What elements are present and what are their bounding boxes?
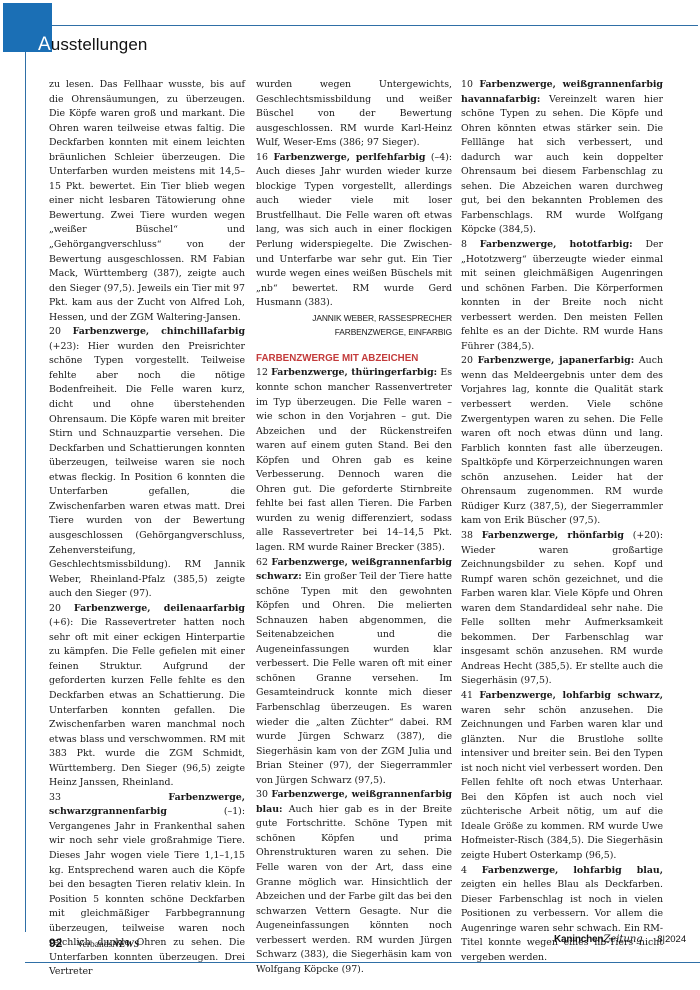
entry-count: 10 <box>461 79 473 90</box>
entry-text: Ein großer Teil der Tiere hatte schöne T… <box>256 571 452 786</box>
breed-entry: 4 Farbenzwerge, lohfarbig blau, zeigten … <box>461 864 663 966</box>
entry-title: Farbenzwerge, japanerfarbig: <box>478 355 635 366</box>
entry-title: Farbenzwerge, lohfarbig blau, <box>482 865 663 876</box>
breed-entry: 20 Farbenzwerge, japanerfarbig: Auch wen… <box>461 354 663 529</box>
entry-count: 20 <box>49 603 61 614</box>
breed-entry: 12 Farbenzwerge, thüringerfarbig: Es kon… <box>256 366 452 555</box>
breed-entry: 38 Farbenzwerge, rhönfarbig (+20): Wiede… <box>461 529 663 689</box>
entry-count: 12 <box>256 367 268 378</box>
entry-text: Es konnte schon mancher Rassenvertreter … <box>256 367 452 553</box>
entry-count: 20 <box>461 355 473 366</box>
publication-name-right: Kaninchen <box>554 934 603 945</box>
section-title-rest: usstellungen <box>51 35 148 54</box>
top-rule <box>52 25 698 26</box>
article-column-3: 10 Farbenzwerge, weißgrannenfarbig havan… <box>461 78 663 965</box>
breed-entry: 8 Farbenzwerge, hototfarbig: Der „Hototz… <box>461 238 663 354</box>
breed-entry: 30 Farbenzwerge, weißgrannenfarbig blau:… <box>256 788 452 977</box>
entry-text: (+23): Hier wurden den Preisrichter schö… <box>49 341 245 599</box>
entry-text: Der „Hototzwerg“ überzeugte wieder einma… <box>461 239 663 352</box>
entry-count: 20 <box>49 326 61 337</box>
entry-text: waren sehr schön anzusehen. Die Zeichnun… <box>461 705 663 861</box>
author-byline: JANNIK WEBER, RASSESPRECHERFARBENZWERGE,… <box>256 311 452 340</box>
breed-entry: 10 Farbenzwerge, weißgrannenfarbig havan… <box>461 78 663 238</box>
section-title: Ausstellungen <box>38 34 147 56</box>
entry-count: 8 <box>461 239 467 250</box>
entry-text: Vereinzelt waren hier schöne Typen zu se… <box>461 94 663 236</box>
article-column-1: zu lesen. Das Fellhaar wusste, bis auf d… <box>49 78 245 980</box>
footer-right: KaninchenZeitung 8|2024 <box>554 934 686 945</box>
entry-text: Auch hier gab es in der Breite gute Fort… <box>256 804 452 975</box>
subheading: FARBENZWERGE MIT ABZEICHEN <box>256 352 452 367</box>
entry-count: 62 <box>256 557 268 568</box>
paragraph: zu lesen. Das Fellhaar wusste, bis auf d… <box>49 78 245 325</box>
entry-count: 4 <box>461 865 467 876</box>
entry-count: 38 <box>461 530 473 541</box>
entry-title: Farbenzwerge, deilenaarfarbig <box>74 603 245 614</box>
breed-entry: 20 Farbenzwerge, deilenaarfarbig (+6): D… <box>49 602 245 791</box>
entry-text: zeigten ein helles Blau als Deckfarben. … <box>461 879 663 963</box>
page-number: 92 <box>49 936 62 950</box>
author-line-1: JANNIK WEBER, RASSESPRECHER <box>256 311 452 326</box>
issue-number: 8|2024 <box>657 934 686 945</box>
breed-entry: 20 Farbenzwerge, chinchillafarbig (+23):… <box>49 325 245 601</box>
entry-title: Farbenzwerge, rhönfarbig <box>482 530 624 541</box>
breed-entry: 62 Farbenzwerge, weißgrannenfarbig schwa… <box>256 556 452 789</box>
entry-title: Farbenzwerge, hototfarbig: <box>480 239 633 250</box>
article-column-2: wurden wegen Untergewichts, Geschlechtsm… <box>256 78 452 977</box>
entry-text: (+6): Die Rassevertreter hatten noch seh… <box>49 617 245 788</box>
publication-name-left: VerbandsNEWS <box>77 940 139 950</box>
entry-title: Farbenzwerge, thüringerfarbig: <box>271 367 437 378</box>
paragraph: wurden wegen Untergewichts, Geschlechtsm… <box>256 78 452 151</box>
entry-count: 16 <box>256 152 268 163</box>
entry-count: 30 <box>256 789 268 800</box>
entry-count: 33 <box>49 792 61 803</box>
entry-title: Farbenzwerge, chinchillafarbig <box>73 326 245 337</box>
entry-title: Farbenzwerge, perlfehfarbig <box>273 152 425 163</box>
author-line-2: FARBENZWERGE, EINFARBIG <box>256 325 452 340</box>
entry-text: Auch wenn das Meldeergebnis unter dem de… <box>461 355 663 526</box>
section-title-initial: A <box>38 34 51 55</box>
breed-entry: 16 Farbenzwerge, perlfehfarbig (–4): Auc… <box>256 151 452 311</box>
entry-text: (+20): Wieder waren großartige Zeichnung… <box>461 530 663 686</box>
breed-entry: 41 Farbenzwerge, lohfarbig schwarz, ware… <box>461 689 663 864</box>
entry-title: Farbenzwerge, lohfarbig schwarz, <box>479 690 663 701</box>
entry-text: (–4): Auch dieses Jahr wurden wieder kur… <box>256 152 452 308</box>
footer-left: 92 VerbandsNEWS <box>49 934 139 952</box>
entry-count: 41 <box>461 690 473 701</box>
left-rule <box>25 52 26 932</box>
publication-name-right-script: Zeitung <box>603 934 642 945</box>
